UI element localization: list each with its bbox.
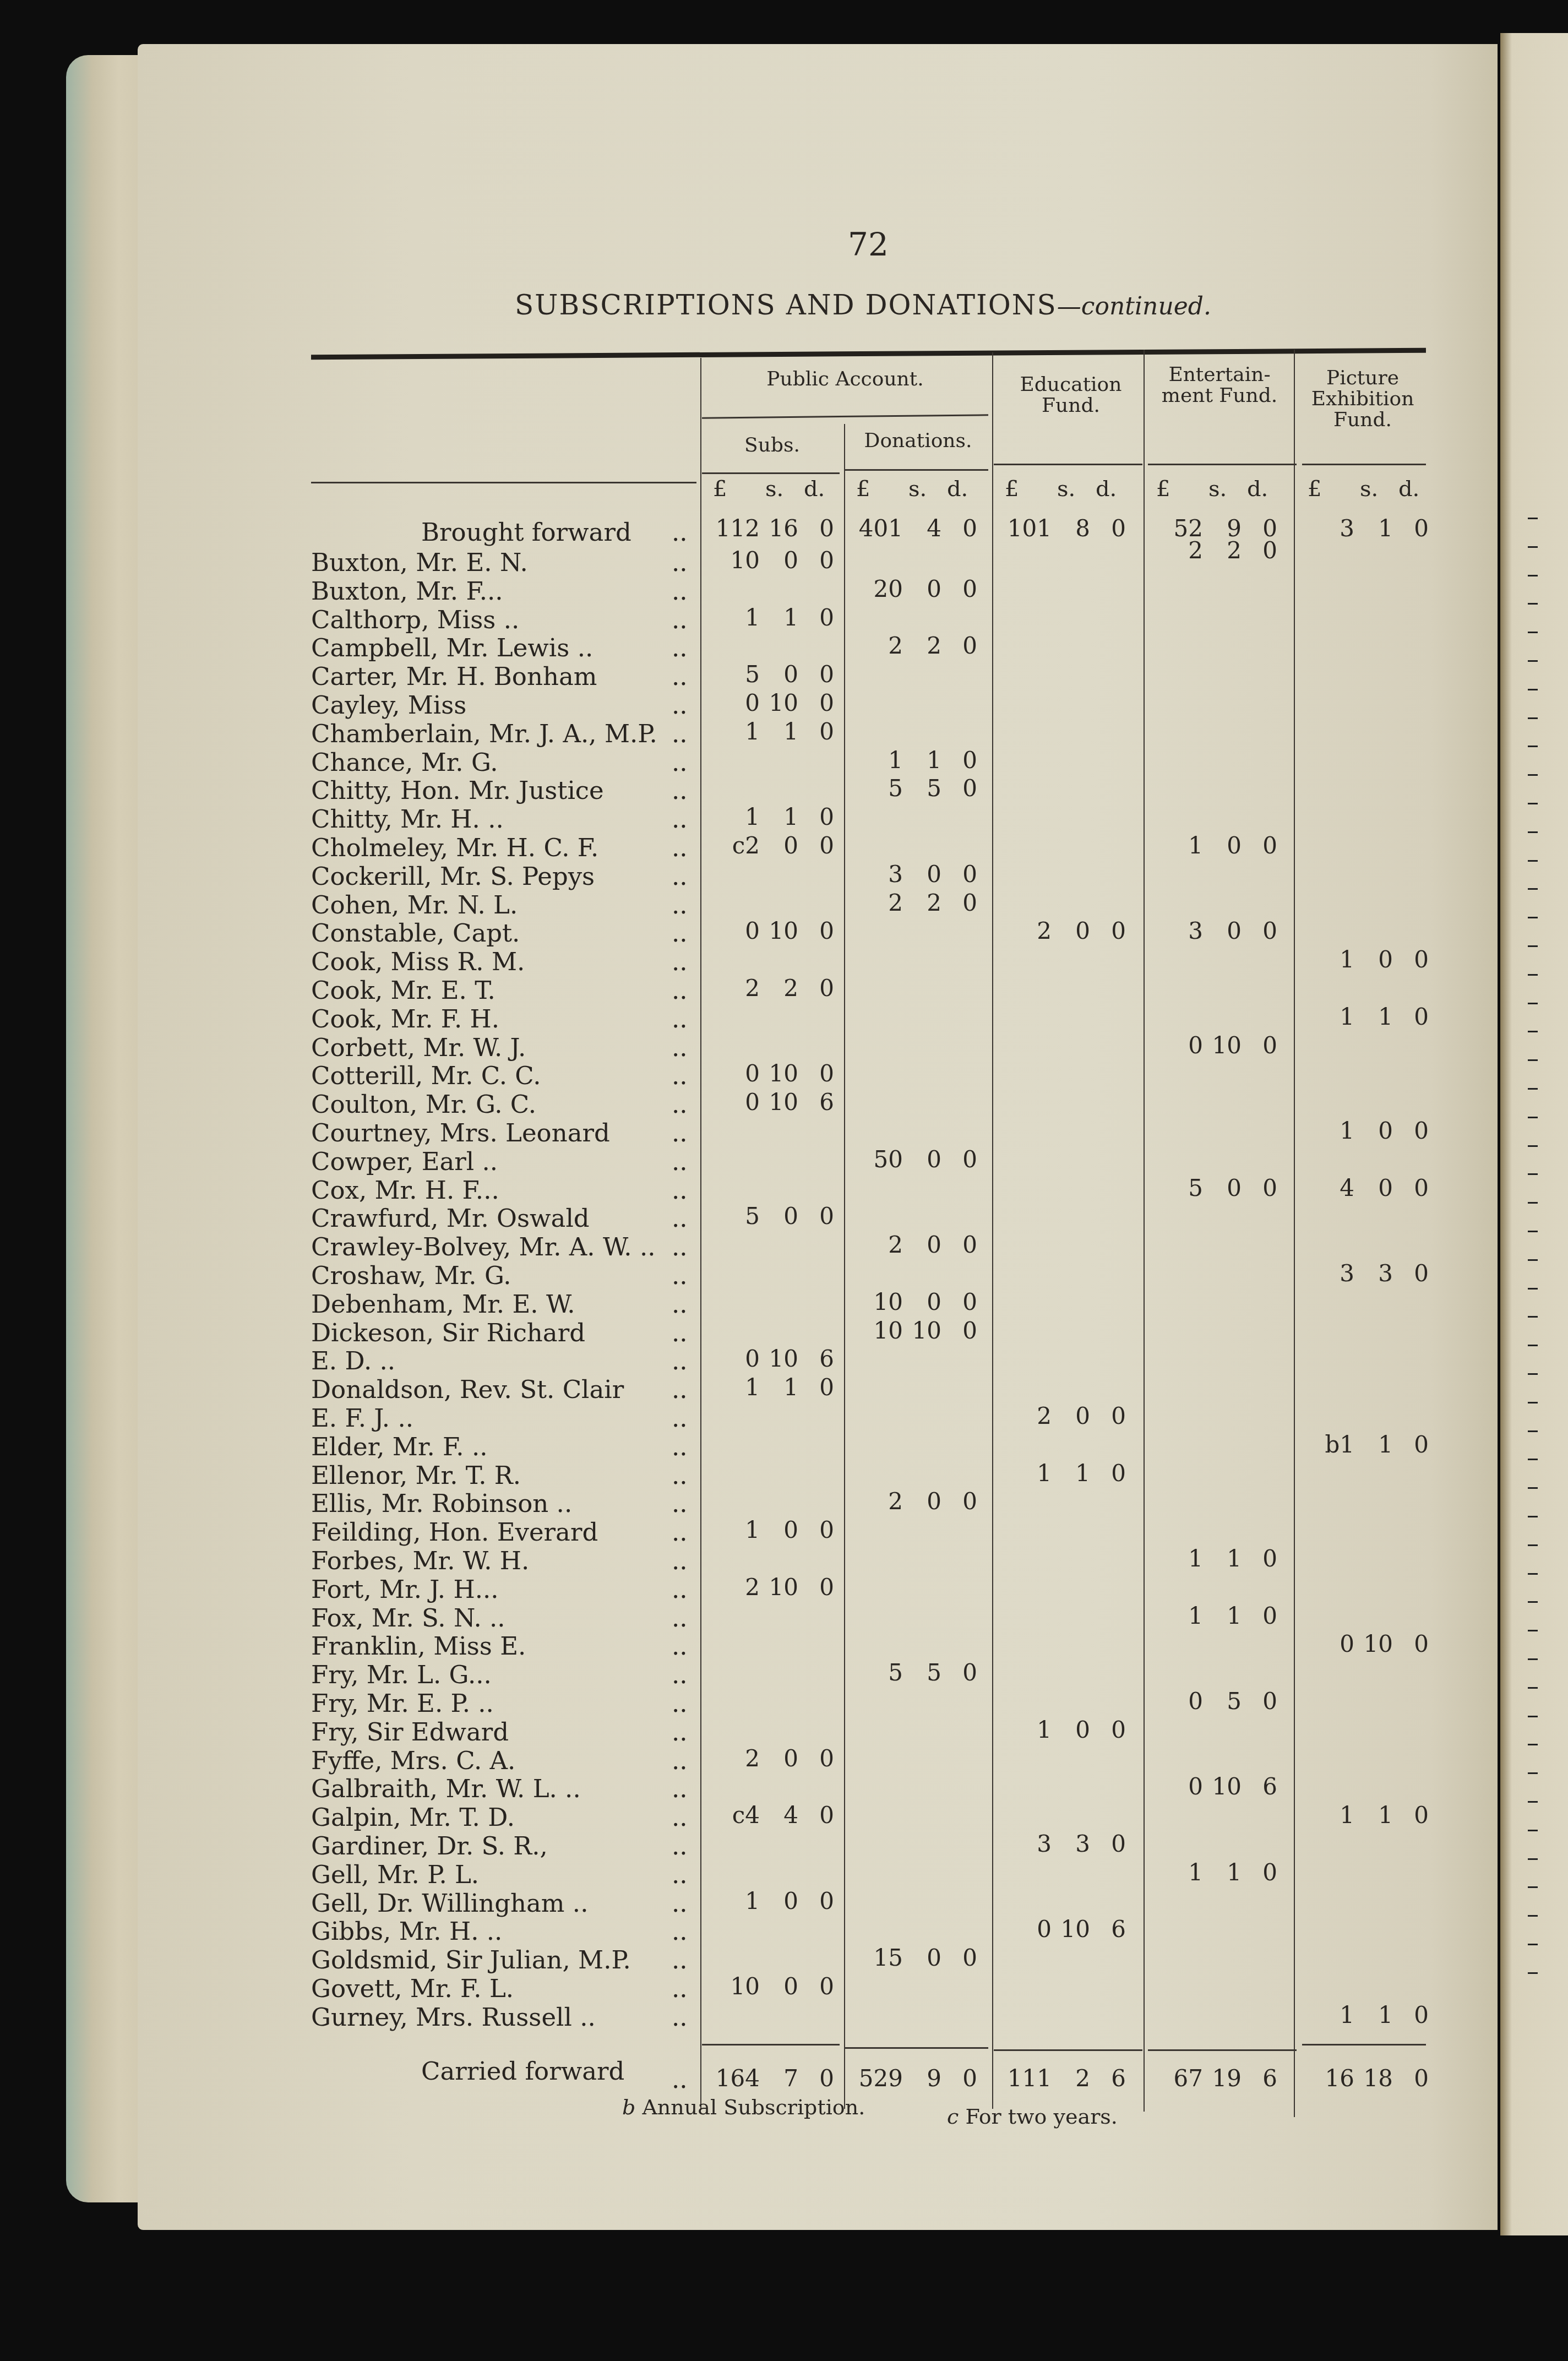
unit-label-entertainment: £ [1156,476,1170,502]
leader-dots: .. [672,2065,688,2094]
footnote-c: c For two years. [947,2104,1118,2129]
header-donations: Donations. [845,431,991,451]
facing-page-text-fragment [1528,1231,1538,1232]
amount-picture: 100 [1302,946,1429,973]
amount-donations: 52990 [851,2065,977,2092]
amount-picture: 400 [1302,1174,1429,1201]
leader-dots: .. [672,1375,688,1404]
page-number: 72 [848,226,889,263]
subscriber-name: Galbraith, Mr. W. L. .. [311,1774,581,1803]
amount-donations: 40140 [851,515,977,542]
subscriber-name: Cholmeley, Mr. H. C. F. [311,833,598,862]
amount-entertainment: 110 [1151,1545,1277,1572]
amount-subs: 0100 [707,689,834,716]
amount-entertainment-extra: 220 [1151,537,1277,564]
subscriber-name: Cohen, Mr. N. L. [311,890,518,920]
facing-page-text-fragment [1528,1858,1538,1860]
facing-page-text-fragment [1528,1117,1538,1118]
subscriber-name: Gell, Mr. P. L. [311,1860,479,1889]
facing-page-edge [1500,33,1568,2235]
leader-dots: .. [672,862,688,891]
unit-label-entertainment: s. [1208,476,1227,502]
col-divider-1 [700,358,701,2109]
leader-dots: .. [672,1631,688,1661]
leader-dots: .. [672,1974,688,2003]
amount-donations: 1500 [851,1944,977,1971]
unit-label-education: £ [1005,476,1019,502]
facing-page-text-fragment [1528,945,1538,947]
leader-dots: .. [672,1660,688,1689]
amount-picture: 310 [1302,515,1429,542]
subscriber-name: Forbes, Mr. W. H. [311,1546,529,1575]
leader-dots: .. [672,776,688,805]
subscriber-name: Corbett, Mr. W. J. [311,1033,526,1062]
entertainment-rule [1148,464,1297,465]
leader-dots: .. [672,748,688,777]
amount-subs: 16470 [707,2065,834,2092]
leader-dots: .. [672,833,688,862]
facing-page-text-fragment [1528,518,1538,519]
facing-page-text-fragment [1528,660,1538,662]
amount-picture: b110 [1302,1431,1429,1458]
facing-page-text-fragment [1528,603,1538,605]
amount-picture: 110 [1302,2001,1429,2028]
leader-dots: .. [672,1860,688,1889]
amount-education: 0106 [999,1916,1126,1943]
unit-label-subs: s. [765,476,783,502]
total-rule [994,2049,1142,2051]
facing-page-text-fragment [1528,1716,1538,1717]
amount-subs: 1000 [707,1973,834,2000]
leader-dots: .. [672,1575,688,1604]
subscriber-name: Fox, Mr. S. N. .. [311,1603,505,1633]
subscriber-name: Franklin, Miss E. [311,1631,526,1661]
amount-donations: 5000 [851,1146,977,1173]
subscriber-name: Ellis, Mr. Robinson .. [311,1489,572,1518]
leader-dots: .. [672,1147,688,1176]
facing-page-text-fragment [1528,1345,1538,1346]
leader-dots: .. [672,2003,688,2032]
total-rule [1148,2049,1297,2051]
header-public-account: Public Account. [702,369,988,390]
subscriber-name: Buxton, Mr. E. N. [311,548,528,577]
amount-entertainment: 0106 [1151,1773,1277,1800]
leader-dots: .. [672,1945,688,1974]
header-education-fund: Education Fund. [1019,374,1123,416]
facing-page-text-fragment [1528,1487,1538,1489]
facing-page-text-fragment [1528,1544,1538,1546]
subscriber-name: Goldsmid, Sir Julian, M.P. [311,1945,631,1974]
subscriber-name: Chitty, Mr. H. .. [311,804,504,834]
facing-page-text-fragment [1528,1915,1538,1917]
subscriber-name: Ellenor, Mr. T. R. [311,1461,521,1490]
subscriber-name: Govett, Mr. F. L. [311,1974,514,2003]
facing-page-text-fragment [1528,1003,1538,1004]
unit-label-education: s. [1057,476,1075,502]
subs-rule [702,472,840,474]
subscriber-name: Cook, Mr. F. H. [311,1004,499,1033]
col-divider-5 [1294,350,1295,2117]
subscriber-name: Cowper, Earl .. [311,1147,498,1176]
subscriber-name: Gell, Dr. Willingham .. [311,1889,588,1918]
amount-education: 100 [999,1716,1126,1743]
amount-entertainment: 110 [1151,1602,1277,1629]
amount-subs: 110 [707,604,834,631]
leader-dots: .. [672,918,688,948]
unit-label-picture: £ [1308,476,1321,502]
leader-dots: .. [672,1004,688,1033]
subscriber-name: Fry, Mr. L. G... [311,1660,492,1689]
unit-label-subs: d. [804,476,825,502]
amount-education: 200 [999,1402,1126,1429]
subscriber-name: Courtney, Mrs. Leonard [311,1118,610,1147]
leader-dots: .. [672,1176,688,1205]
amount-subs: 0100 [707,917,834,944]
amount-subs: c200 [707,832,834,859]
facing-page-text-fragment [1528,632,1538,633]
facing-page-text-fragment [1528,860,1538,862]
facing-page-text-fragment [1528,888,1538,890]
facing-page-text-fragment [1528,774,1538,776]
col-divider-3 [992,352,993,2109]
facing-page-text-fragment [1528,917,1538,918]
header-entertainment-fund: Entertain- ment Fund. [1156,365,1283,406]
col-divider-2 [844,424,845,2109]
amount-entertainment: 110 [1151,1859,1277,1886]
amount-subs: 2100 [707,1574,834,1601]
subscriber-name: Galpin, Mr. T. D. [311,1803,515,1832]
total-rule [702,2044,840,2046]
name-column-header-rule [311,482,696,483]
facing-page-text-fragment [1528,1772,1538,1774]
subscriber-name: Fry, Sir Edward [311,1717,509,1747]
subscriber-name: Dickeson, Sir Richard [311,1318,585,1347]
amount-donations: 550 [851,1659,977,1686]
leader-dots: .. [672,890,688,920]
facing-page-text-fragment [1528,1573,1538,1575]
subscriber-name: Cotterill, Mr. C. C. [311,1061,541,1090]
subscriber-name: Coulton, Mr. G. C. [311,1090,536,1119]
picture-rule [1302,464,1426,465]
subscriber-name: Chamberlain, Mr. J. A., M.P. [311,719,657,748]
amount-donations: 1000 [851,1288,977,1315]
subscriber-name: Chitty, Hon. Mr. Justice [311,776,604,805]
footnote-b: b Annual Subscription. [622,2095,865,2119]
leader-dots: .. [672,1546,688,1575]
leader-dots: .. [672,690,688,720]
leader-dots: .. [672,1517,688,1547]
facing-page-text-fragment [1528,1402,1538,1403]
leader-dots: .. [672,804,688,834]
leader-dots: .. [672,1232,688,1261]
amount-subs: 112160 [707,515,834,542]
facing-page-text-fragment [1528,1202,1538,1204]
amount-subs: 0106 [707,1089,834,1116]
leader-dots: .. [672,1290,688,1319]
subscriber-name: Gardiner, Dr. S. R., [311,1831,548,1860]
subscriber-name: Fort, Mr. J. H... [311,1575,499,1604]
facing-page-text-fragment [1528,575,1538,576]
amount-picture: 16180 [1302,2065,1429,2092]
facing-page-text-fragment [1528,1630,1538,1631]
subscriber-name: Chance, Mr. G. [311,748,498,777]
amount-entertainment: 500 [1151,1174,1277,1201]
facing-page-text-fragment [1528,1316,1538,1318]
header-subs: Subs. [702,435,842,456]
amount-subs: 100 [707,1516,834,1543]
amount-picture: 110 [1302,1003,1429,1030]
amount-picture: 110 [1302,1802,1429,1829]
amount-donations: 110 [851,747,977,774]
amount-donations: 300 [851,861,977,888]
title-suffix: —continued. [1057,292,1211,320]
unit-label-donations: s. [908,476,927,502]
leader-dots: .. [672,1746,688,1775]
amount-subs: 110 [707,803,834,830]
subscriber-name: E. D. .. [311,1346,395,1375]
amount-donations: 200 [851,1231,977,1258]
leader-dots: .. [672,605,688,634]
amount-subs: 500 [707,1203,834,1230]
unit-label-picture: s. [1360,476,1378,502]
facing-page-text-fragment [1528,546,1538,548]
facing-page-text-fragment [1528,831,1538,833]
amount-entertainment: 0100 [1151,1032,1277,1059]
leader-dots: .. [672,1346,688,1375]
subscriber-name: Carter, Mr. H. Bonham [311,662,597,691]
facing-page-text-fragment [1528,1259,1538,1261]
amount-education: 110 [999,1460,1126,1487]
facing-page-text-fragment [1528,1658,1538,1660]
amount-entertainment: 050 [1151,1688,1277,1715]
facing-page-text-fragment [1528,689,1538,690]
subscriber-name: Campbell, Mr. Lewis .. [311,633,593,662]
subscriber-name: E. F. J. .. [311,1403,413,1433]
facing-page-text-fragment [1528,1459,1538,1460]
subscriber-name: Donaldson, Rev. St. Clair [311,1375,624,1404]
subscriber-name: Cayley, Miss [311,690,466,720]
leader-dots: .. [672,719,688,748]
facing-page-text-fragment [1528,1288,1538,1290]
leader-dots: .. [672,662,688,691]
amount-subs: 500 [707,661,834,688]
subscriber-name: Croshaw, Mr. G. [311,1261,511,1290]
page-title: SUBSCRIPTIONS AND DONATIONS—continued. [515,289,1211,321]
amount-donations: 550 [851,775,977,802]
header-picture-exhibition-fund: Picture Exhibition Fund. [1305,368,1420,431]
leader-dots: .. [672,576,688,606]
leader-dots: .. [672,518,688,547]
leader-dots: .. [672,1689,688,1718]
leader-dots: .. [672,1461,688,1490]
subscriber-name: Cox, Mr. H. F... [311,1176,499,1205]
amount-donations: 2000 [851,575,977,602]
subscriber-name: Gurney, Mrs. Russell .. [311,2003,596,2032]
leader-dots: .. [672,633,688,662]
leader-dots: .. [672,1432,688,1461]
facing-page-text-fragment [1528,974,1538,976]
facing-page-text-fragment [1528,1687,1538,1689]
donations-rule [845,469,988,471]
facing-page-text-fragment [1528,1516,1538,1517]
amount-subs: 0100 [707,1060,834,1087]
subscriber-name: Cook, Miss R. M. [311,947,525,976]
facing-page-text-fragment [1528,746,1538,747]
facing-page-text-fragment [1528,717,1538,719]
amount-subs: 110 [707,1374,834,1401]
brought-forward-label: Brought forward [421,518,631,547]
leader-dots: .. [672,1489,688,1518]
amount-entertainment: 100 [1151,832,1277,859]
unit-label-subs: £ [713,476,727,502]
subscriber-name: Fry, Mr. E. P. .. [311,1689,494,1718]
carried-forward-label: Carried forward [421,2057,624,2086]
leader-dots: .. [672,947,688,976]
leader-dots: .. [672,548,688,577]
subscriber-name: Crawley-Bolvey, Mr. A. W. .. [311,1232,656,1261]
amount-subs: 110 [707,718,834,745]
facing-page-text-fragment [1528,1744,1538,1745]
facing-page-text-fragment [1528,1972,1538,1974]
amount-subs: c440 [707,1802,834,1829]
leader-dots: .. [672,976,688,1005]
facing-page-text-fragment [1528,1944,1538,1945]
subscriber-name: Crawfurd, Mr. Oswald [311,1204,590,1233]
amount-donations: 220 [851,889,977,916]
leader-dots: .. [672,1090,688,1119]
leader-dots: .. [672,1603,688,1633]
leader-dots: .. [672,1717,688,1747]
leader-dots: .. [672,1261,688,1290]
col-divider-4 [1144,350,1145,2112]
leader-dots: .. [672,1889,688,1918]
amount-education: 11126 [999,2065,1126,2092]
amount-picture: 0100 [1302,1630,1429,1657]
amount-education: 330 [999,1830,1126,1857]
leader-dots: .. [672,1061,688,1090]
education-rule [994,464,1142,465]
unit-label-donations: d. [947,476,968,502]
total-rule [1302,2044,1426,2046]
amount-subs: 0106 [707,1345,834,1372]
amount-entertainment: 300 [1151,917,1277,944]
leader-dots: .. [672,1204,688,1233]
amount-donations: 200 [851,1488,977,1515]
leader-dots: .. [672,1403,688,1433]
amount-picture: 330 [1302,1260,1429,1287]
subscriber-name: Constable, Capt. [311,918,520,948]
amount-subs: 200 [707,1745,834,1772]
title-main: SUBSCRIPTIONS AND DONATIONS [515,289,1057,321]
subscriber-name: Elder, Mr. F. .. [311,1432,488,1461]
leader-dots: .. [672,1318,688,1347]
facing-page-text-fragment [1528,1801,1538,1803]
subscriber-name: Feilding, Hon. Everard [311,1517,598,1547]
facing-page-text-fragment [1528,1145,1538,1147]
amount-education: 10180 [999,515,1126,542]
facing-page-text-fragment [1528,1088,1538,1090]
subscriber-name: Debenham, Mr. E. W. [311,1290,575,1319]
amount-donations: 220 [851,632,977,659]
leader-dots: .. [672,1803,688,1832]
amount-subs: 100 [707,1887,834,1914]
facing-page-text-fragment [1528,1830,1538,1831]
leader-dots: .. [672,1917,688,1946]
facing-page-text-fragment [1528,1886,1538,1888]
amount-entertainment: 67196 [1151,2065,1277,2092]
subscriber-name: Calthorp, Miss .. [311,605,519,634]
amount-education: 200 [999,917,1126,944]
subscriber-name: Cockerill, Mr. S. Pepys [311,862,595,891]
leader-dots: .. [672,1831,688,1860]
leader-dots: .. [672,1118,688,1147]
facing-page-text-fragment [1528,1373,1538,1375]
amount-subs: 1000 [707,547,834,574]
facing-page-text-fragment [1528,1601,1538,1603]
unit-label-donations: £ [856,476,870,502]
amount-subs: 220 [707,975,834,1002]
total-rule [845,2047,988,2049]
unit-label-picture: d. [1398,476,1419,502]
amount-donations: 10100 [851,1317,977,1344]
facing-page-text-fragment [1528,803,1538,804]
subscriber-name: Gibbs, Mr. H. .. [311,1917,502,1946]
leader-dots: .. [672,1774,688,1803]
leader-dots: .. [672,1033,688,1062]
subscriber-name: Buxton, Mr. F... [311,576,503,606]
unit-label-education: d. [1096,476,1117,502]
facing-page-text-fragment [1528,1031,1538,1032]
amount-picture: 100 [1302,1117,1429,1144]
facing-page-text-fragment [1528,1059,1538,1061]
facing-page-text-fragment [1528,1430,1538,1432]
subscriber-name: Fyffe, Mrs. C. A. [311,1746,515,1775]
facing-page-text-fragment [1528,1173,1538,1175]
subscriber-name: Cook, Mr. E. T. [311,976,496,1005]
unit-label-entertainment: d. [1247,476,1268,502]
